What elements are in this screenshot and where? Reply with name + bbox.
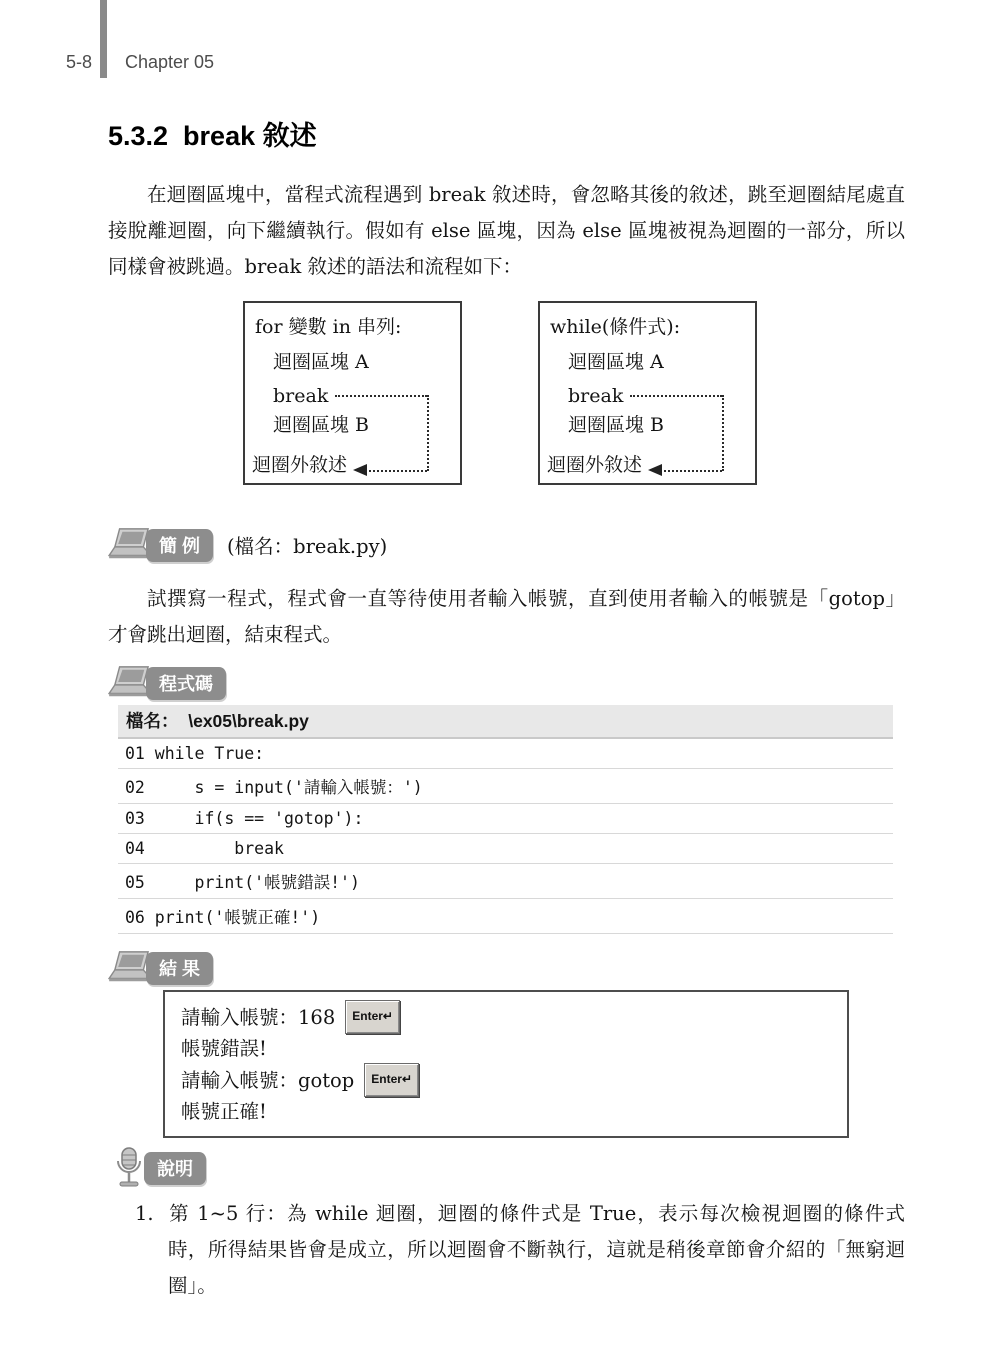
arrowhead-icon xyxy=(648,464,662,476)
code-line: 04 break xyxy=(118,834,893,864)
break-flow-connector-top xyxy=(335,395,427,397)
page-number: 5-8 xyxy=(66,52,92,73)
loop-block-a-label: 迴圈區塊 A xyxy=(273,350,369,374)
running-head: 5-8 Chapter 05 xyxy=(0,0,1000,80)
example-description: 試撰寫一程式，程式會一直等待使用者輸入帳號，直到使用者輸入的帳號是「gotop」… xyxy=(108,581,905,653)
code-heading-row: 程式碼 xyxy=(108,663,905,703)
result-heading-row: 結 果 xyxy=(108,948,905,988)
explanation-number: 1. xyxy=(135,1196,168,1232)
explain-badge: 說明 xyxy=(144,1152,206,1185)
code-badge: 程式碼 xyxy=(146,667,226,700)
code-text: print('帳號錯誤!') xyxy=(145,873,360,892)
enter-key: Enter↵ xyxy=(345,1000,400,1034)
microphone-icon xyxy=(114,1146,144,1190)
explanation-item: 1.第 1~5 行：為 while 迴圈，迴圈的條件式是 True，表示每次檢視… xyxy=(108,1196,905,1304)
example-badge: 簡 例 xyxy=(146,529,213,562)
for-loop-break-diagram: for 變數 in 串列: 迴圈區塊 A break 迴圈區塊 B 迴圈外敘述 xyxy=(243,301,462,485)
code-text: print('帳號正確!') xyxy=(145,908,320,927)
code-text: s = input('請輸入帳號：') xyxy=(145,778,423,797)
line-number: 01 xyxy=(125,744,145,763)
line-number: 06 xyxy=(125,908,145,927)
outside-loop-label: 迴圈外敘述 xyxy=(547,453,642,477)
loop-block-b-label: 迴圈區塊 B xyxy=(568,413,664,437)
output-text: 帳號正確! xyxy=(181,1097,267,1126)
break-flow-connector-top xyxy=(630,395,722,397)
outside-loop-label: 迴圈外敘述 xyxy=(252,453,347,477)
program-output-box: 請輸入帳號：168 Enter↵ 帳號錯誤! 請輸入帳號：gotop Enter… xyxy=(163,990,849,1138)
chapter-label: Chapter 05 xyxy=(125,52,214,73)
header-divider-bar xyxy=(100,0,107,78)
line-number: 03 xyxy=(125,809,145,828)
break-flow-connector-side xyxy=(722,395,724,471)
while-loop-break-diagram: while(條件式): 迴圈區塊 A break 迴圈區塊 B 迴圈外敘述 xyxy=(538,301,757,485)
output-line: 請輸入帳號：gotop Enter↵ xyxy=(181,1063,831,1097)
output-line: 帳號錯誤! xyxy=(181,1034,831,1063)
while-syntax-line: while(條件式): xyxy=(550,315,680,339)
code-filename-bar: 檔名： \ex05\break.py xyxy=(118,705,893,739)
output-text: 請輸入帳號：168 xyxy=(181,1003,335,1032)
code-line: 05 print('帳號錯誤!') xyxy=(118,864,893,899)
for-syntax-line: for 變數 in 串列: xyxy=(255,315,401,339)
break-syntax-diagrams: for 變數 in 串列: 迴圈區塊 A break 迴圈區塊 B 迴圈外敘述 … xyxy=(243,301,905,485)
loop-block-a-label: 迴圈區塊 A xyxy=(568,350,664,374)
page-content: 5.3.2 break 敘述 在迴圈區塊中，當程式流程遇到 break 敘述時，… xyxy=(0,114,1000,1304)
break-keyword: break xyxy=(568,384,623,408)
output-line: 請輸入帳號：168 Enter↵ xyxy=(181,1000,831,1034)
section-title: 5.3.2 break 敘述 xyxy=(108,114,905,153)
loop-block-b-label: 迴圈區塊 B xyxy=(273,413,369,437)
arrowhead-icon xyxy=(353,464,367,476)
example-heading-row: 簡 例 (檔名：break.py) xyxy=(108,525,905,565)
code-line: 06 print('帳號正確!') xyxy=(118,899,893,934)
code-line: 01 while True: xyxy=(118,739,893,769)
break-flow-connector-bottom xyxy=(664,470,722,472)
code-line: 03 if(s == 'gotop'): xyxy=(118,804,893,834)
example-filename-note: (檔名：break.py) xyxy=(227,531,387,559)
code-text: while True: xyxy=(145,744,264,763)
code-text: break xyxy=(145,839,284,858)
line-number: 02 xyxy=(125,778,145,797)
code-text: if(s == 'gotop'): xyxy=(145,809,364,828)
line-number: 04 xyxy=(125,839,145,858)
result-badge: 結 果 xyxy=(146,952,213,985)
output-line: 帳號正確! xyxy=(181,1097,831,1126)
code-listing: 檔名： \ex05\break.py 01 while True: 02 s =… xyxy=(118,705,893,934)
output-text: 請輸入帳號：gotop xyxy=(181,1066,354,1095)
explain-heading-row: 說明 xyxy=(108,1148,905,1188)
output-text: 帳號錯誤! xyxy=(181,1034,267,1063)
code-line: 02 s = input('請輸入帳號：') xyxy=(118,769,893,804)
enter-key: Enter↵ xyxy=(364,1063,419,1097)
break-flow-connector-bottom xyxy=(369,470,427,472)
break-flow-connector-side xyxy=(427,395,429,471)
break-keyword: break xyxy=(273,384,328,408)
line-number: 05 xyxy=(125,873,145,892)
intro-paragraph: 在迴圈區塊中，當程式流程遇到 break 敘述時，會忽略其後的敘述，跳至迴圈結尾… xyxy=(108,177,905,285)
explanation-text: 第 1~5 行：為 while 迴圈，迴圈的條件式是 True，表示每次檢視迴圈… xyxy=(168,1202,905,1297)
